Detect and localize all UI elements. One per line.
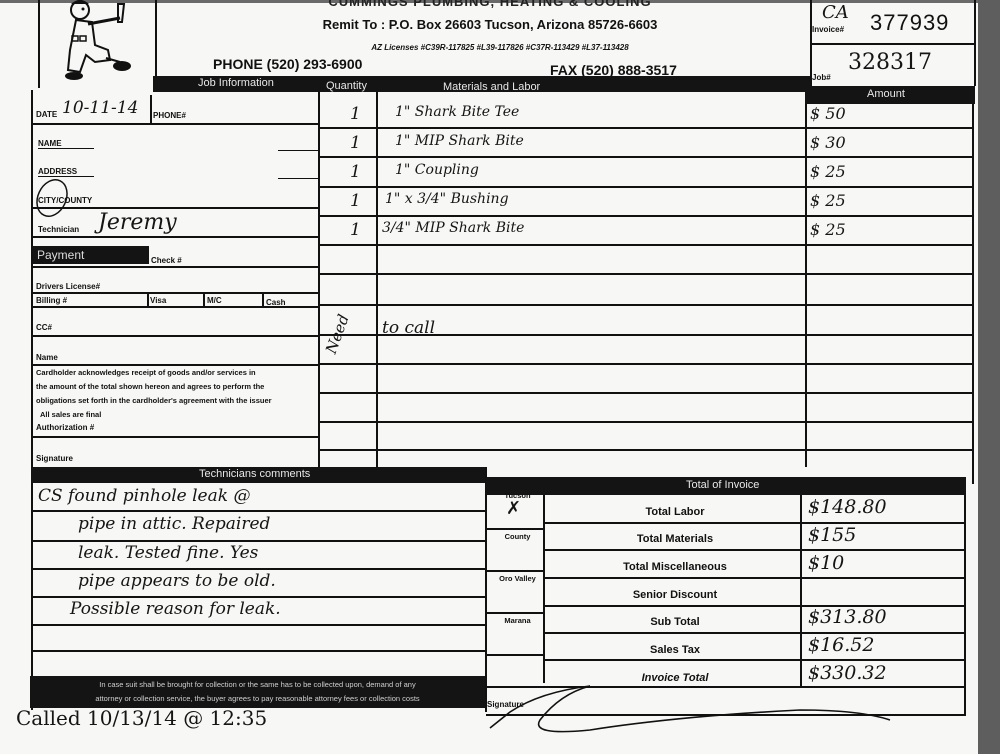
city-oro-valley[interactable]: Oro Valley	[490, 574, 545, 583]
divider	[31, 207, 319, 209]
grid-line	[318, 304, 974, 306]
underline	[278, 150, 318, 151]
comment-line: leak. Tested fine. Yes	[78, 543, 258, 563]
job-number: 328317	[848, 50, 932, 75]
legal-notice: In case suit shall be brought for collec…	[30, 676, 485, 708]
item-quantity[interactable]: 1	[350, 162, 361, 182]
item-amount[interactable]: $ 25	[810, 162, 846, 181]
scan-right-edge	[978, 0, 1000, 754]
comments-header-bar: Technicians comments	[31, 467, 486, 483]
divider	[810, 43, 974, 45]
grid-line	[543, 522, 966, 524]
mc-label[interactable]: M/C	[207, 296, 222, 305]
divider	[31, 266, 319, 268]
item-quantity[interactable]: 1	[350, 220, 361, 240]
cardholder-text-3: obligations set forth in the cardholder'…	[36, 396, 272, 405]
margin-note-to-call: to call	[382, 318, 435, 338]
plumber-mascot-icon	[40, 0, 151, 86]
sub-total-label: Sub Total	[545, 616, 805, 628]
grid-line	[31, 540, 486, 542]
divider	[31, 292, 319, 294]
comment-line: pipe appears to be old.	[78, 571, 276, 591]
senior-discount-label: Senior Discount	[545, 589, 805, 601]
item-description[interactable]: 1" MIP Shark Bite	[395, 133, 524, 149]
divider	[147, 292, 149, 306]
grid-line	[31, 650, 486, 652]
quantity-col-right	[376, 92, 378, 467]
called-note: Called 10/13/14 @ 12:35	[16, 706, 267, 730]
city-marana[interactable]: Marana	[490, 616, 545, 625]
amount-col-left	[805, 104, 807, 467]
logo-box	[38, 0, 157, 88]
sales-tax-value[interactable]: $16.52	[808, 634, 874, 656]
circle-mark-icon	[30, 176, 78, 220]
authorization-label: Authorization #	[36, 423, 94, 432]
grid-line	[31, 568, 486, 570]
cardholder-text-2: the amount of the total shown hereon and…	[36, 382, 264, 391]
grid-line	[31, 596, 486, 598]
payment-header: Payment	[33, 246, 149, 264]
date-label: DATE	[36, 110, 57, 119]
total-materials-label: Total Materials	[545, 533, 805, 545]
tucson-check-mark: ✗	[506, 498, 521, 519]
item-description[interactable]: 3/4" MIP Shark Bite	[382, 220, 524, 236]
name-label: NAME	[38, 139, 62, 148]
item-description[interactable]: 1" Shark Bite Tee	[395, 104, 519, 120]
grid-line	[318, 215, 974, 217]
col-quantity: Quantity	[326, 80, 367, 92]
comment-line: CS found pinhole leak @	[38, 486, 250, 506]
divider	[31, 364, 319, 366]
item-quantity[interactable]: 1	[350, 133, 361, 153]
customer-signature-scribble[interactable]	[480, 680, 900, 740]
column-header-bar: Job Information Quantity Materials and L…	[153, 76, 810, 92]
item-amount[interactable]: $ 25	[810, 220, 846, 239]
technician-label: Technician	[38, 225, 79, 234]
amount-header-bar: Amount	[805, 86, 975, 104]
legal-line-1: In case suit shall be brought for collec…	[30, 678, 485, 692]
grid-line	[486, 654, 544, 656]
total-materials-value[interactable]: $155	[808, 524, 856, 546]
cc-label: CC#	[36, 323, 52, 332]
address-label: ADDRESS	[38, 167, 77, 176]
divider	[150, 95, 152, 125]
divider	[31, 236, 319, 238]
grid-line	[543, 577, 966, 579]
phone-label: PHONE#	[153, 111, 186, 120]
technician-value[interactable]: Jeremy	[98, 210, 177, 235]
item-quantity[interactable]: 1	[350, 104, 361, 124]
invoice-page: CUMMINGS PLUMBING, HEATING & COOLING Rem…	[0, 0, 978, 754]
all-sales-final: All sales are final	[40, 410, 101, 419]
col-materials-labor: Materials and Labor	[443, 81, 540, 93]
comments-right-border	[485, 467, 487, 712]
frame-right-upper	[972, 104, 974, 484]
comment-line: pipe in attic. Repaired	[78, 514, 270, 534]
underline	[278, 178, 318, 179]
comments-header: Technicians comments	[199, 468, 310, 480]
total-misc-label: Total Miscellaneous	[545, 561, 805, 573]
remit-address: Remit To : P.O. Box 26603 Tucson, Arizon…	[270, 17, 710, 32]
grid-line	[543, 659, 966, 661]
grid-line	[543, 632, 966, 634]
grid-line	[318, 421, 974, 423]
grid-line	[543, 605, 966, 607]
sub-total-value[interactable]: $313.80	[808, 606, 887, 628]
item-amount[interactable]: $ 50	[810, 104, 846, 123]
total-misc-value[interactable]: $10	[808, 552, 844, 574]
divider	[31, 306, 319, 308]
grid-line	[543, 549, 966, 551]
frame-right-lower	[964, 484, 966, 716]
company-phone: PHONE (520) 293-6900	[213, 56, 362, 72]
total-labor-value[interactable]: $148.80	[808, 496, 887, 518]
sales-tax-label: Sales Tax	[545, 644, 805, 656]
date-value[interactable]: 10-11-14	[62, 98, 138, 118]
divider	[31, 436, 319, 438]
grid-line	[318, 156, 974, 158]
total-labor-label: Total Labor	[545, 506, 805, 518]
invoice-mark: CA	[822, 2, 849, 23]
item-description[interactable]: 1" x 3/4" Bushing	[385, 191, 509, 207]
billing-label: Billing #	[36, 296, 67, 305]
grid-line	[31, 624, 486, 626]
grid-line	[318, 186, 974, 188]
legal-line-2: attorney or collection service, the buye…	[30, 692, 485, 706]
item-amount[interactable]: $ 30	[810, 133, 846, 152]
grid-line	[318, 127, 974, 129]
item-amount[interactable]: $ 25	[810, 191, 846, 210]
grid-line	[318, 449, 974, 451]
grid-line	[486, 612, 544, 614]
invoice-label: Invoice#	[812, 25, 844, 34]
company-name: CUMMINGS PLUMBING, HEATING & COOLING	[240, 0, 740, 9]
invoice-number: 377939	[870, 10, 949, 36]
drivers-license-label: Drivers License#	[36, 282, 100, 291]
divider	[262, 292, 264, 306]
cardholder-name-label: Name	[36, 353, 58, 362]
license-numbers: AZ Licenses #C39R-117825 #L39-117826 #C3…	[300, 43, 700, 52]
cardholder-text-1: Cardholder acknowledges receipt of goods…	[36, 368, 256, 377]
underline	[38, 148, 94, 149]
city-county[interactable]: County	[490, 532, 545, 541]
divider	[203, 292, 205, 306]
item-description[interactable]: 1" Coupling	[395, 162, 479, 178]
grid-line	[31, 510, 486, 512]
signature-label: Signature	[36, 454, 73, 463]
grid-line	[486, 528, 544, 530]
grid-line	[318, 363, 974, 365]
grid-line	[318, 392, 974, 394]
job-label: Job#	[812, 73, 831, 82]
col-job-information: Job Information	[198, 77, 274, 89]
check-label: Check #	[151, 256, 182, 265]
divider	[31, 335, 319, 337]
totals-header: Total of Invoice	[686, 479, 759, 491]
visa-label[interactable]: Visa	[150, 296, 166, 305]
grid-line	[318, 273, 974, 275]
grid-line	[318, 244, 974, 246]
divider	[31, 123, 319, 125]
quantity-col-left	[318, 92, 320, 467]
comment-line: Possible reason for leak.	[70, 599, 281, 619]
totals-header-bar: Total of Invoice	[486, 477, 966, 495]
item-quantity[interactable]: 1	[350, 191, 361, 211]
col-amount: Amount	[867, 88, 905, 100]
grid-line	[486, 570, 544, 572]
